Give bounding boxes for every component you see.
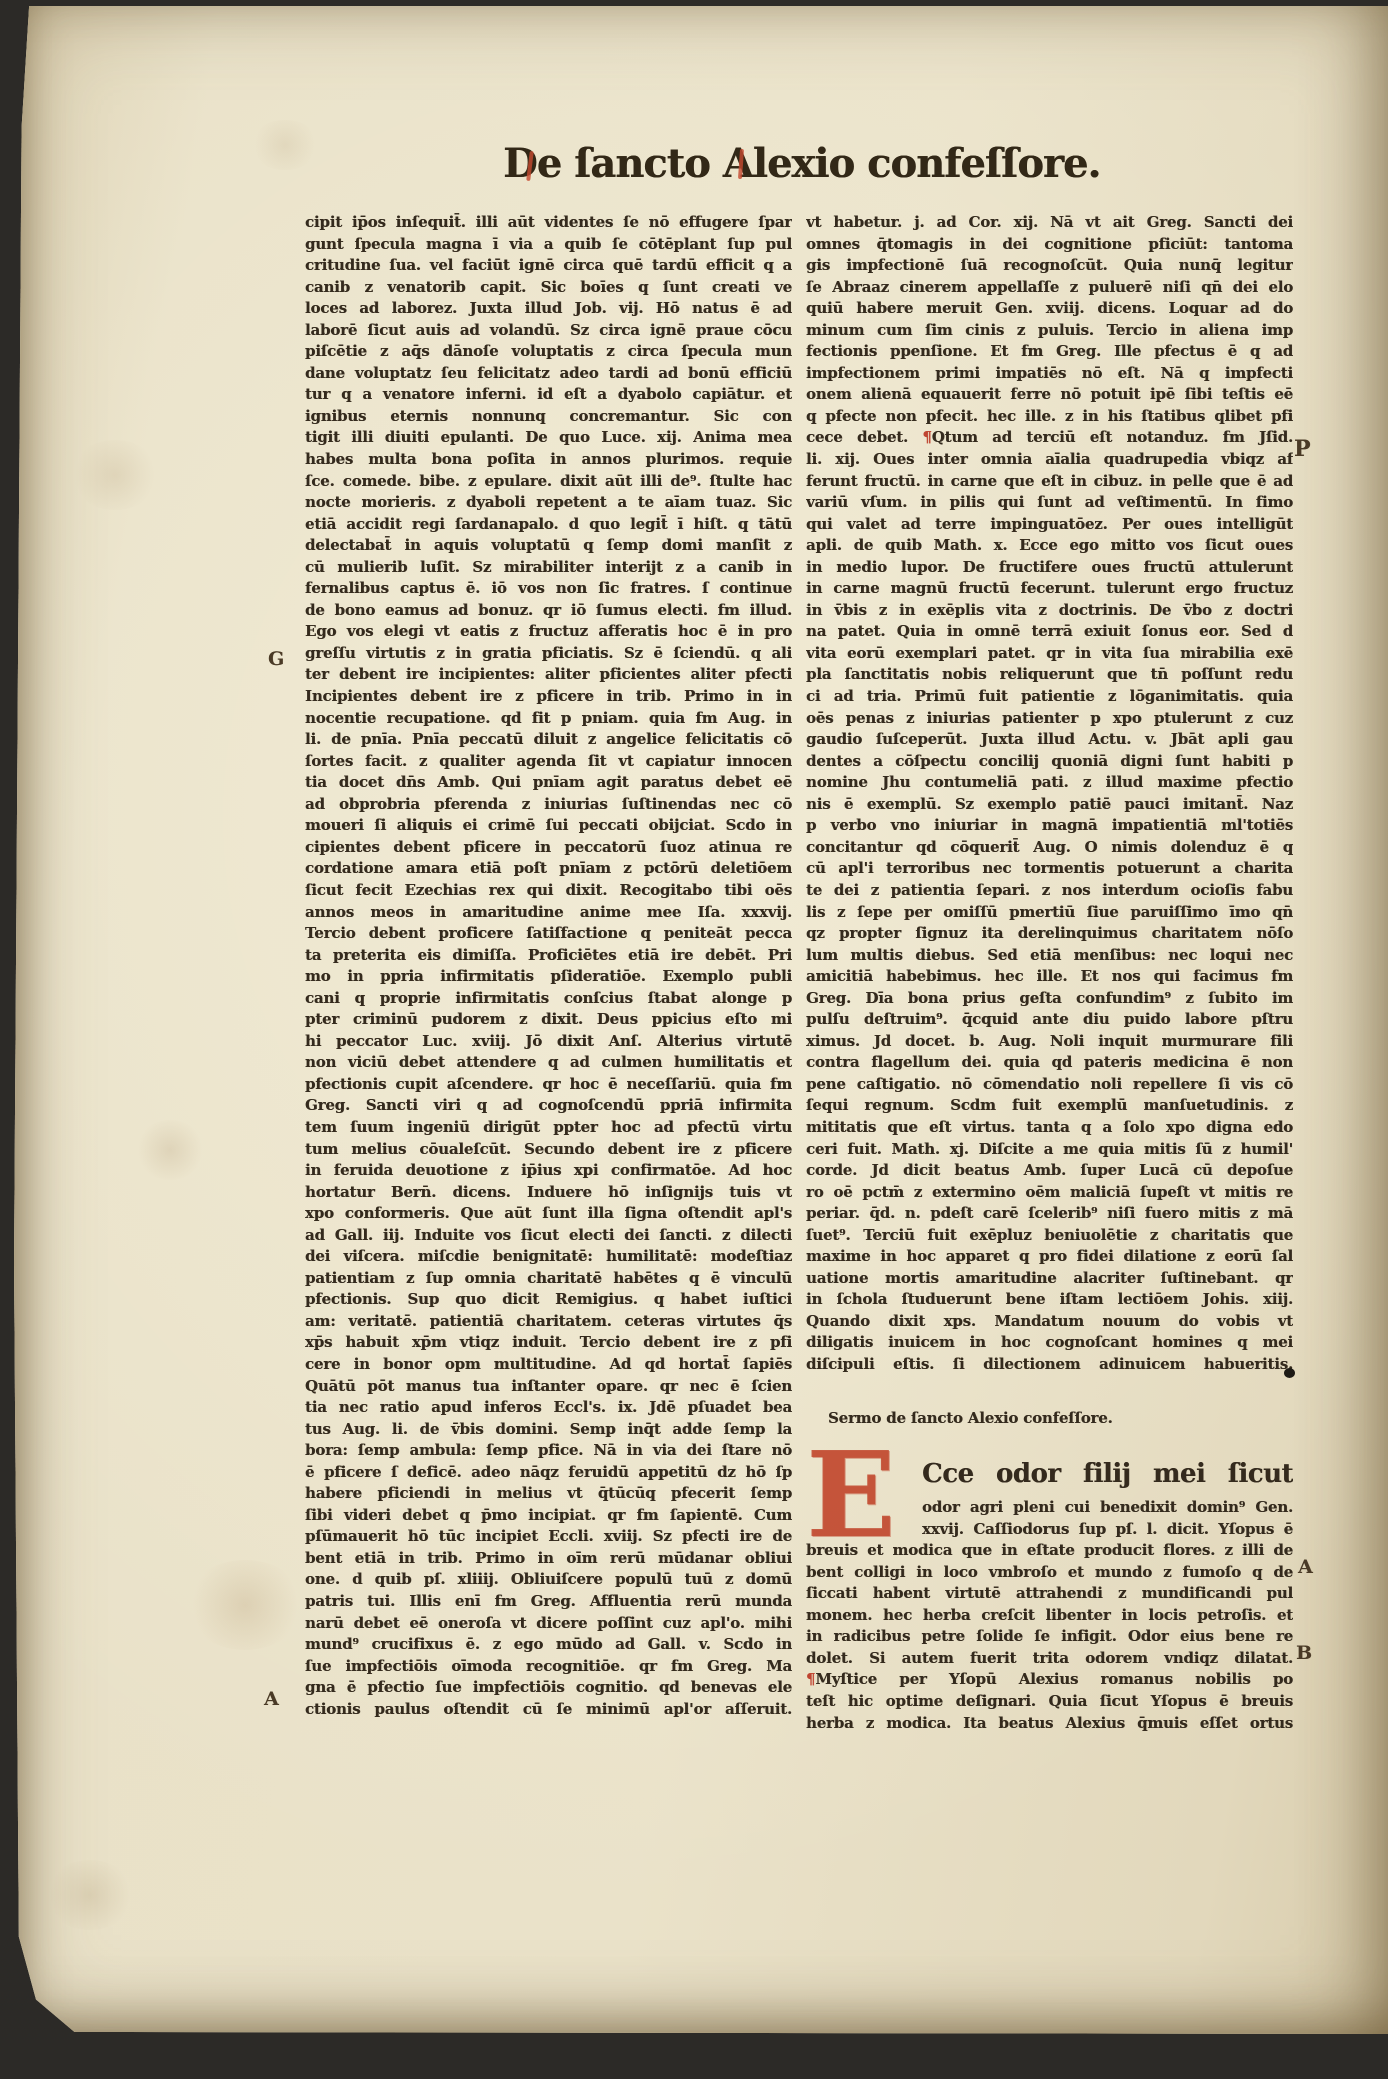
text-line: ferunt fructū. in carne que eſt in cibuz… — [806, 471, 1293, 493]
text-line: onem alienā equauerit ferre nō potuit ip… — [806, 384, 1293, 406]
margin-letter: P — [1294, 436, 1311, 462]
text-line: in carne magnū fructū fecerunt. tulerunt… — [806, 578, 1293, 600]
text-line: pter criminū pudorem z dixit. Deus ppici… — [305, 1009, 792, 1031]
text-line: non viciū debet attendere q ad culmen hu… — [305, 1052, 792, 1074]
text-line: Ego vos elegi vt eatis z fructuz afferat… — [305, 621, 792, 643]
text-line: canib z venatorib capit. Sic boīes q ſun… — [305, 277, 792, 299]
text-line: te dei z patientia ſepari. z nos interdu… — [806, 880, 1293, 902]
text-line: maxime in hoc apparet q pro fidei dilati… — [806, 1246, 1293, 1268]
text-line: dentes a cōſpectu concilij quoniā digni … — [806, 751, 1293, 773]
text-line: odor agri pleni cui benedixit domin⁹ Gen… — [922, 1497, 1293, 1519]
text-line: ē pficere ſ deficē. adeo nāqz feruidū ap… — [305, 1462, 792, 1484]
text-line: ceri fuit. Math. xj. Diſcite a me quia m… — [806, 1139, 1293, 1161]
text-line: tur q a venatore inferni. id eſt a dyabo… — [305, 384, 792, 406]
text-line: gna ē pfectio ſue impfectiōis cognitio. … — [305, 1677, 792, 1699]
text-line: cece debet. ¶Qtum ad terciū eſt notanduz… — [806, 427, 1293, 449]
text-line: p verbo vno iniuriar in magnā impatienti… — [806, 815, 1293, 837]
text-line: ſuet⁹. Terciū fuit exēpluz beniuolētie z… — [806, 1225, 1293, 1247]
text-line: fectionis ppenſione. Et fm Greg. Ille pf… — [806, 341, 1293, 363]
drop-cap-initial: E — [806, 1451, 918, 1540]
margin-letter: A — [264, 1688, 279, 1710]
text-line: laborē ſicut auis ad volandū. Sz circa i… — [305, 320, 792, 342]
text-line: narū debet eē oneroſa vt dicere poſſint … — [305, 1613, 792, 1635]
text-line: fernalibus captus ē. iō vos non ſic frat… — [305, 578, 792, 600]
text-line: apli. de quib Math. x. Ecce ego mitto vo… — [806, 535, 1293, 557]
running-title: De ſancto Alexio confeſſore. — [503, 140, 1183, 187]
text-line: amicitiā habebimus. hec ille. Et nos qui… — [806, 966, 1293, 988]
text-line: mund⁹ crucifixus ē. z ego mūdo ad Gall. … — [305, 1634, 792, 1656]
text-line: ci ad tria. Primū fuit patientie z lōgan… — [806, 686, 1293, 708]
text-line: tia nec ratio apud inferos Eccl's. ix. J… — [305, 1397, 792, 1419]
text-line: habere pficiendi in melius vt q̄tūcūq pf… — [305, 1483, 792, 1505]
text-line: concitantur qd cōquerit̄ Aug. O nimis do… — [806, 837, 1293, 859]
text-line: in medio lupor. De fructifere oues fruct… — [806, 557, 1293, 579]
text-line: moueri ſi aliquis ei crimē ſui peccati o… — [305, 815, 792, 837]
text-line: vt habetur. j. ad Cor. xij. Nā vt ait Gr… — [806, 212, 1293, 234]
text-line: Greg. Dīa bona prius geſta confundim⁹ z … — [806, 988, 1293, 1010]
text-line: tum melius cōualeſcūt. Secundo debent ir… — [305, 1139, 792, 1161]
text-line: teſt hic optime deſignari. Quia ſicut Yſ… — [806, 1691, 1293, 1713]
left-column: cipit ip̄os inſequit̄. illi aūt videntes… — [305, 212, 792, 1720]
text-line: variū vſum. in pilis qui ſunt ad veſtime… — [806, 492, 1293, 514]
margin-letter: A — [1298, 1556, 1313, 1578]
text-line: ſicut fecit Ezechias rex qui dixit. Reco… — [305, 880, 792, 902]
text-line: li. xij. Oues inter omnia aīalia quadrup… — [806, 449, 1293, 471]
text-line: ¶Myſtice per Yſopū Alexius romanus nobil… — [806, 1669, 1293, 1691]
text-line: nocentie recupatione. qd fit p pniam. qu… — [305, 708, 792, 730]
text-line: qui valet ad terre impinguatōez. Per oue… — [806, 514, 1293, 536]
text-line: tem ſuum ingeniū dirigūt ppter hoc ad pf… — [305, 1117, 792, 1139]
text-line: hortatur Bern̄. dicens. Induere hō inſig… — [305, 1182, 792, 1204]
text-line: in feruida deuotione z ip̄ius xpi confir… — [305, 1160, 792, 1182]
text-line: ſiccati habent virtutē attrahendi z mund… — [806, 1583, 1293, 1605]
text-line: nomine Jhu contumeliā pati. z illud maxi… — [806, 772, 1293, 794]
text-line: pfectionis. Sup quo dicit Remigius. q ha… — [305, 1289, 792, 1311]
text-line: ſortes facit. z qualiter agenda ſit vt c… — [305, 751, 792, 773]
text-line: ſce. comede. bibe. z epulare. dixit aūt … — [305, 471, 792, 493]
text-line: pene caſtigatio. nō cōmendatio noli repe… — [806, 1074, 1293, 1096]
text-line: ad Gall. iij. Induite vos ſicut electi d… — [305, 1225, 792, 1247]
text-line: xp̄s habuit xp̄m vtiqz induit. Tercio de… — [305, 1332, 792, 1354]
text-line: tigit illi diuiti epulanti. De quo Luce.… — [305, 427, 792, 449]
text-line: piſcētie z aq̄s dānoſe voluptatis z circ… — [305, 341, 792, 363]
text-line: ter debent ire incipientes: aliter pfici… — [305, 664, 792, 686]
text-line: pfectionis cupit aſcendere. qr hoc ē nec… — [305, 1074, 792, 1096]
left-column-text: cipit ip̄os inſequit̄. illi aūt videntes… — [305, 212, 792, 1720]
text-line: critudine ſua. vel faciūt ignē circa quē… — [305, 255, 792, 277]
incipit-line: Cce odor filij mei ſicut — [922, 1451, 1293, 1497]
text-line: loces ad laborez. Juxta illud Job. vij. … — [305, 298, 792, 320]
text-line: tus Aug. li. de v̄bis domini. Semp inq̄t… — [305, 1419, 792, 1441]
text-line: Quando dixit xps. Mandatum nouum do vobi… — [806, 1311, 1293, 1333]
text-line: hi peccator Luc. xviij. Jō dixit Anſ. Al… — [305, 1031, 792, 1053]
text-line: ad obprobria pferenda z iniurias ſuſtine… — [305, 794, 792, 816]
text-line: lum multis diebus. Sed etiā menſibus: ne… — [806, 945, 1293, 967]
text-line: cordatione amara etiā poſt pnīam z pctōr… — [305, 858, 792, 880]
text-line: nocte morieris. z dyaboli repetent a te … — [305, 492, 792, 514]
text-line: pulſu deſtruim⁹. q̄cquid ante diu puido … — [806, 1009, 1293, 1031]
text-line: patientiam z ſup omnia charitatē habētes… — [305, 1268, 792, 1290]
text-line: bora: ſemp ambula: ſemp pfice. Nā in via… — [305, 1440, 792, 1462]
text-line: ro oē pctm̄ z extermino oēm maliciā ſupe… — [806, 1182, 1293, 1204]
text-line: diſcipuli eſtis. ſi dilectionem adinuice… — [806, 1354, 1293, 1376]
text-line: li. de pnīa. Pnīa peccatū diluit z angel… — [305, 729, 792, 751]
text-line: cipientes debent pficere in peccatorū ſu… — [305, 837, 792, 859]
text-line: dolet. Si autem fuerit trita odorem vndi… — [806, 1648, 1293, 1670]
text-line: Tercio debent proficere ſatiſfactione q … — [305, 923, 792, 945]
text-line: cū apl'i terroribus nec tormentis potuer… — [806, 858, 1293, 880]
text-line: dei viſcera. miſcdie benignitatē: humili… — [305, 1246, 792, 1268]
text-line: impfectionem primi impatiēs nō eſt. Nā q… — [806, 363, 1293, 385]
text-line: delectabat̄ in aquis voluptatū q ſemp do… — [305, 535, 792, 557]
text-line: gunt ſpecula magna ī via a quib ſe cōtēp… — [305, 234, 792, 256]
text-line: in v̄bis z in exēplis vita z doctrinis. … — [806, 600, 1293, 622]
text-line: annos meos in amaritudine anime mee Iſa.… — [305, 902, 792, 924]
text-line: breuis et modica que in eſtate producit … — [806, 1540, 1293, 1562]
text-line: corde. Jd dicit beatus Amb. ſuper Lucā c… — [806, 1160, 1293, 1182]
text-line: periar. q̄d. n. pdeſt carē ſcelerib⁹ niſ… — [806, 1203, 1293, 1225]
text-line: vita eorū exemplari patet. qr in vita ſu… — [806, 643, 1293, 665]
text-line: xpo conformeris. Que aūt ſunt illa ſigna… — [305, 1203, 792, 1225]
text-line: uatione mortis amaritudine alacriter ſuſ… — [806, 1268, 1293, 1290]
text-line: ſequi regnum. Scdm fuit exemplū manſuetu… — [806, 1095, 1293, 1117]
text-line: in radicibus petre ſolide ſe infigit. Od… — [806, 1626, 1293, 1648]
margin-letter: B — [1296, 1642, 1312, 1664]
ink-dot — [1284, 1368, 1295, 1378]
text-line: cani q proprie infirmitatis conſcius ſta… — [305, 988, 792, 1010]
text-line: omnes q̄tomagis in dei cognitione pficiū… — [806, 234, 1293, 256]
text-line: xxvij. Caſſiodorus ſup pſ. l. dicit. Yſo… — [922, 1519, 1293, 1541]
text-line: am: veritatē. patientiā charitatem. cete… — [305, 1311, 792, 1333]
text-line: quiū habere meruit Gen. xviij. dicens. L… — [806, 298, 1293, 320]
text-line: greſſu virtutis z in gratia pficiatis. S… — [305, 643, 792, 665]
text-line: mo in ppria infirmitatis pſideratiōe. Ex… — [305, 966, 792, 988]
text-line: tia docet dn̄s Amb. Qui pnīam agit parat… — [305, 772, 792, 794]
right-column-text: vt habetur. j. ad Cor. xij. Nā vt ait Gr… — [806, 212, 1293, 1376]
text-line: habes multa bona poſita in annos plurimo… — [305, 449, 792, 471]
text-line: de bono eamus ad bonuz. qr iō ſumus elec… — [305, 600, 792, 622]
text-line: cū mulierib luſit. Sz mirabiliter interi… — [305, 557, 792, 579]
text-line: Incipientes debent ire z pficere in trib… — [305, 686, 792, 708]
text-line: na patet. Quia in omnē terrā exiuit ſonu… — [806, 621, 1293, 643]
text-line: ſue impfectiōis oīmoda recognitiōe. qr f… — [305, 1656, 792, 1678]
text-line: ta preterita eis dimiſſa. Proficiētes et… — [305, 945, 792, 967]
text-line: cipit ip̄os inſequit̄. illi aūt videntes… — [305, 212, 792, 234]
text-line: ctionis paulus oſtendit cū ſe minimū apl… — [305, 1699, 792, 1721]
margin-letter: G — [268, 648, 284, 670]
text-line: Greg. Sancti viri q ad cognoſcendū ppriā… — [305, 1095, 792, 1117]
sermon-paragraph: E Cce odor filij mei ſicut odor agri ple… — [806, 1451, 1293, 1734]
text-line: oēs penas z iniurias patienter p xpo ptu… — [806, 708, 1293, 730]
text-line: minum cum ſim cinis z puluis. Tercio in … — [806, 320, 1293, 342]
text-line: etiā accidit regi ſardanapalo. d quo leg… — [305, 514, 792, 536]
text-line: gis impfectionē ſuā recognoſcūt. Quia nu… — [806, 255, 1293, 277]
text-line: contra flagellum dei. quia qd pateris me… — [806, 1052, 1293, 1074]
text-line: bent etiā in trib. Primo in oīm rerū mūd… — [305, 1548, 792, 1570]
text-line: qz propter ſignuz ita derelinquimus char… — [806, 923, 1293, 945]
right-column: vt habetur. j. ad Cor. xij. Nā vt ait Gr… — [806, 212, 1293, 1734]
text-line: lis z ſepe per omiſſū pmertiū ſiue parui… — [806, 902, 1293, 924]
text-line: ximus. Jd docet. b. Aug. Noli inquit mur… — [806, 1031, 1293, 1053]
sermo-heading: Sermo de ſancto Alexio confeſſore. — [806, 1408, 1293, 1430]
text-line: gaudio ſuſceperūt. Juxta illud Actu. v. … — [806, 729, 1293, 751]
text-line: herba z modica. Ita beatus Alexius q̄mui… — [806, 1713, 1293, 1735]
text-line: one. d quib pſ. xliiij. Obliuiſcere popu… — [305, 1569, 792, 1591]
text-line: nis ē exemplū. Sz exemplo patiē pauci im… — [806, 794, 1293, 816]
text-line: Quātū pōt manus tua inſtanter opare. qr … — [305, 1376, 792, 1398]
text-line: ſibi videri debet q p̄mo incipiat. qr fm… — [305, 1505, 792, 1527]
text-line: cere in bonor opm multitudine. Ad qd hor… — [305, 1354, 792, 1376]
text-line: pſūmauerit hō tūc incipiet Eccli. xviij.… — [305, 1526, 792, 1548]
text-line: bent colligi in loco vmbroſo et mundo z … — [806, 1562, 1293, 1584]
book-scan-page: { "page": { "header_title": "De ſancto A… — [0, 0, 1388, 2079]
text-line: patris tui. Illis enī fm Greg. Affluenti… — [305, 1591, 792, 1613]
text-line: q pfecte non pfecit. hec ille. z in his … — [806, 406, 1293, 428]
text-line: monem. hec herba creſcit libenter in loc… — [806, 1605, 1293, 1627]
text-line: dane voluptatz ſeu felicitatz adeo tardi… — [305, 363, 792, 385]
text-line: mititatis que eſt virtus. tanta q a ſolo… — [806, 1117, 1293, 1139]
text-line: pla ſanctitatis nobis reliquerunt que tn… — [806, 664, 1293, 686]
text-line: ignibus eternis nonnunq concremantur. Si… — [305, 406, 792, 428]
text-line: ſe Abraaz cinerem appellaſſe z puluerē n… — [806, 277, 1293, 299]
text-line: in ſchola ſtuduerunt bene iſtam lectiōem… — [806, 1289, 1293, 1311]
text-line: diligatis inuicem in hoc cognoſcant homi… — [806, 1332, 1293, 1354]
